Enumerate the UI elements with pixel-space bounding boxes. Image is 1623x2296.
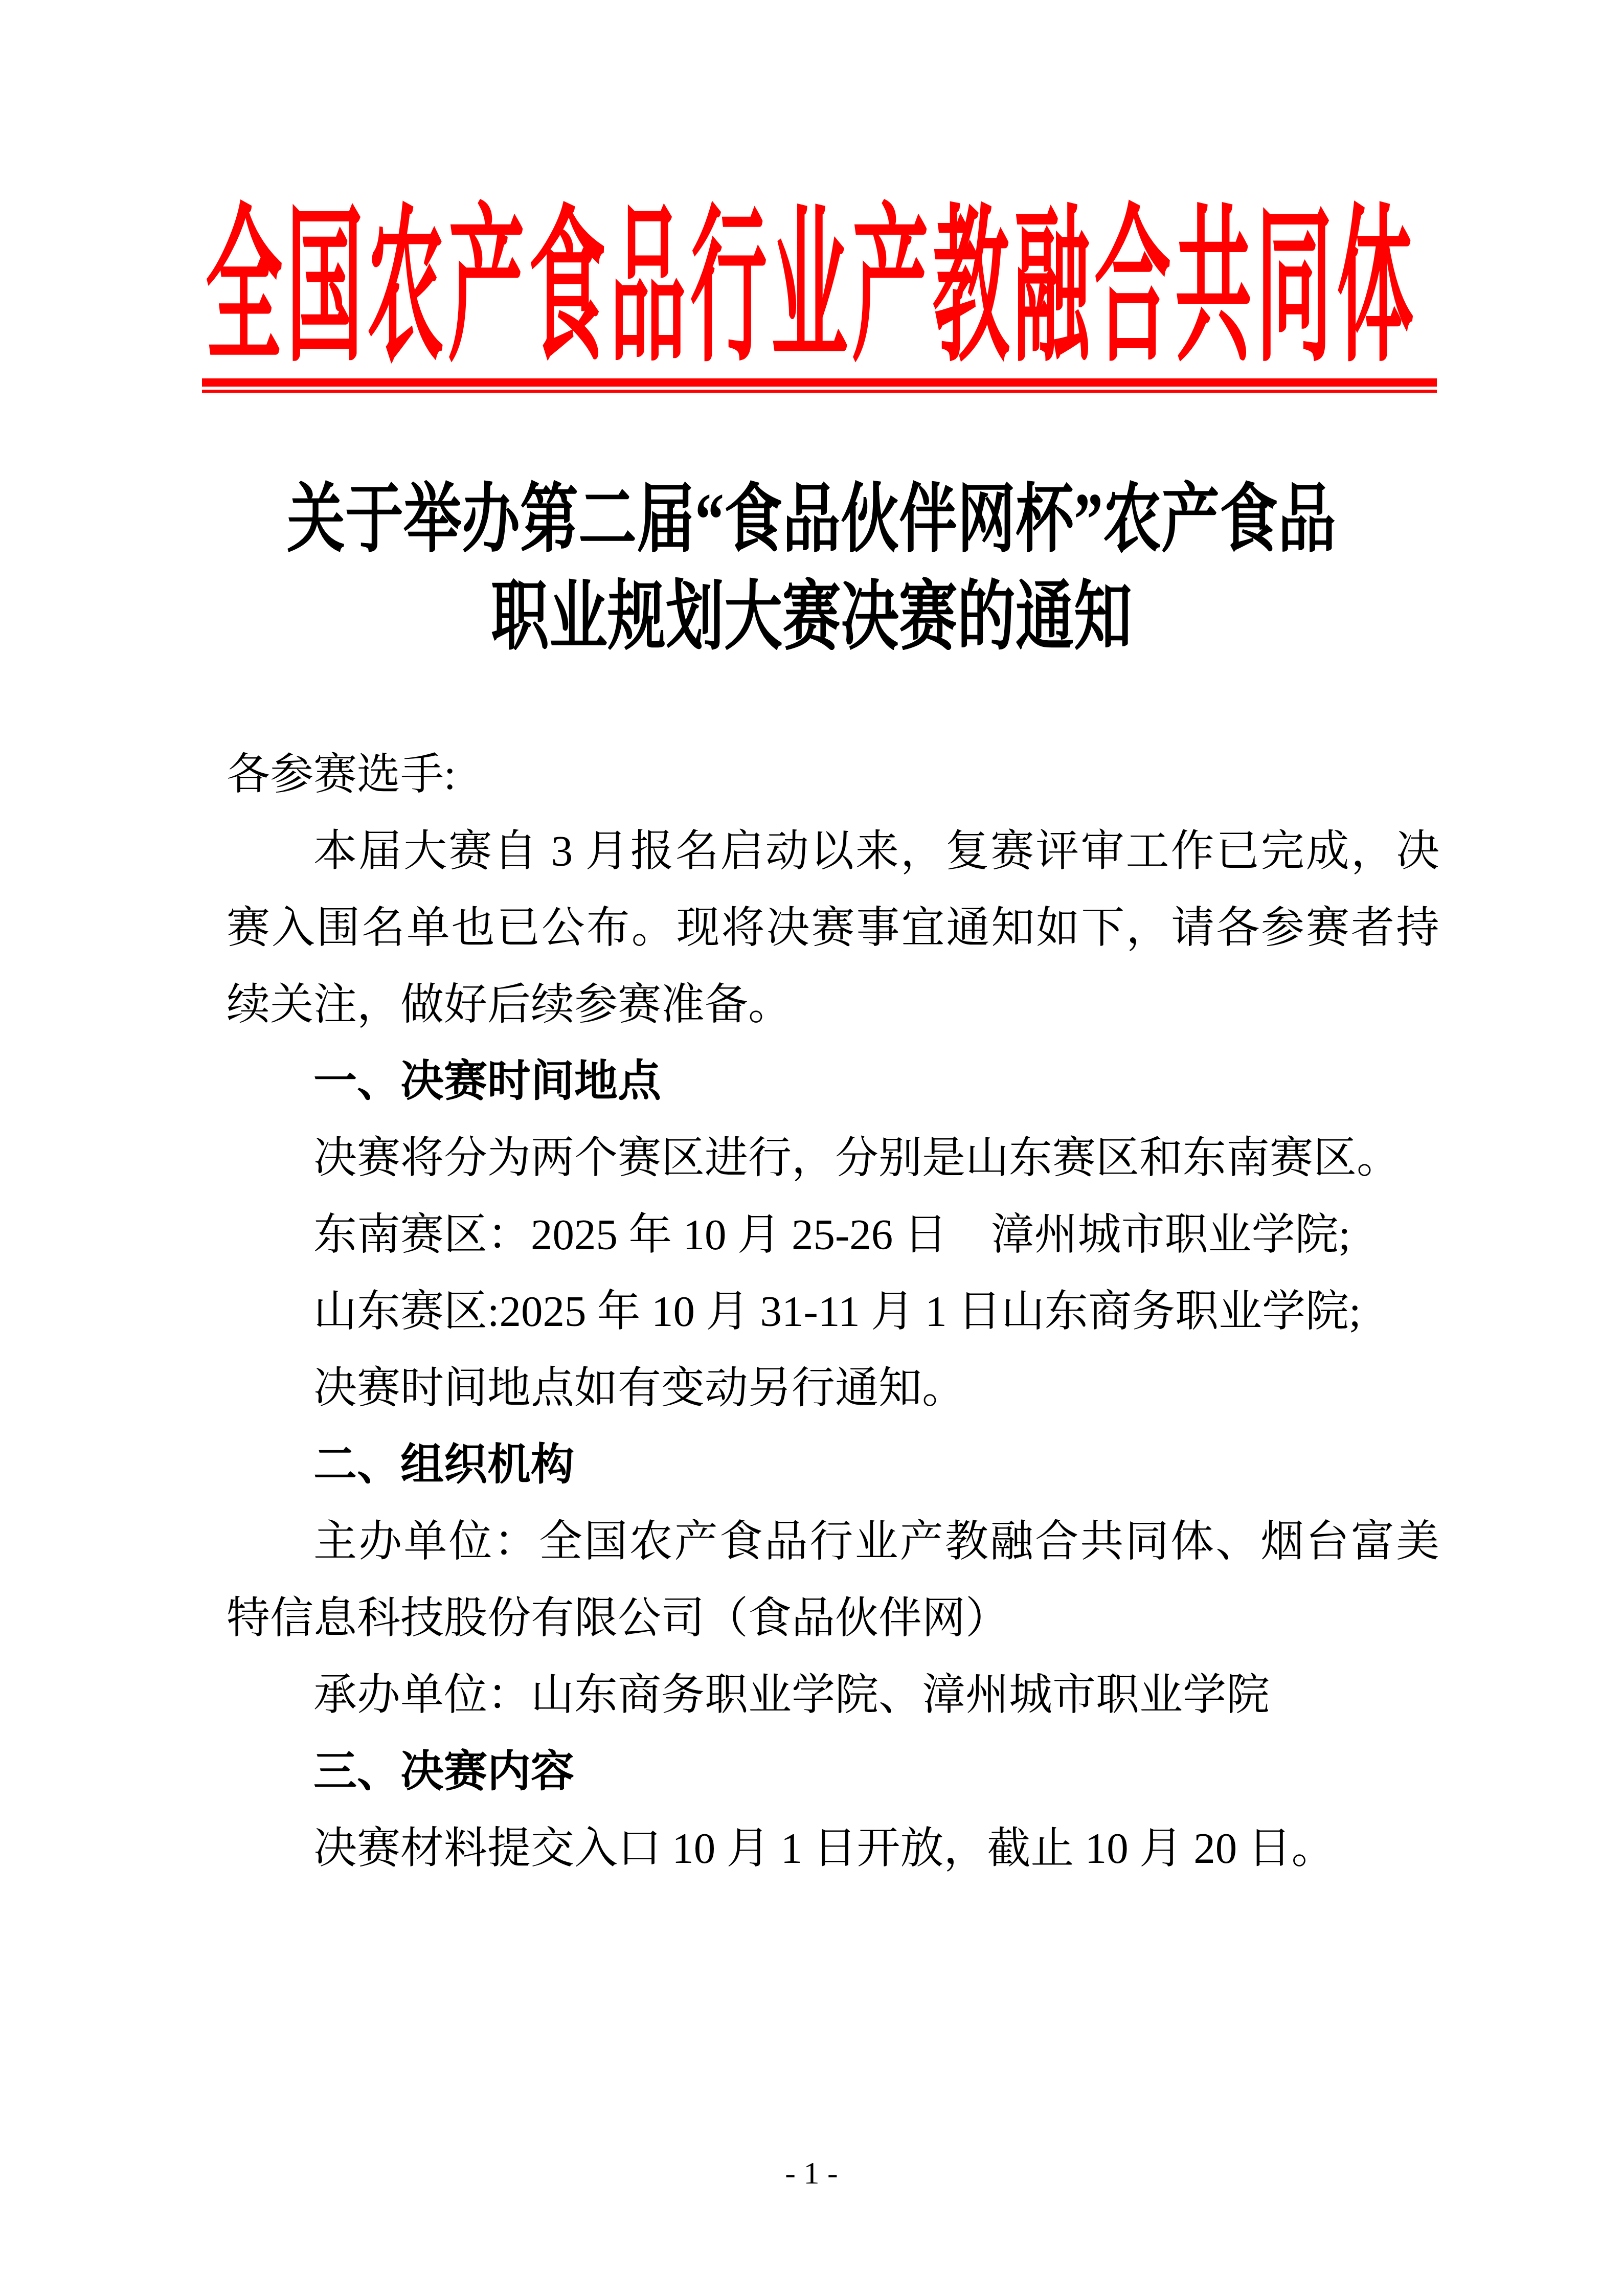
notice-title-line-2: 职业规划大赛决赛的通知 (0, 579, 1623, 655)
body-line: 本届大赛自 3 月报名启动以来，复赛评审工作已完成，决 (227, 813, 1439, 890)
red-separator-thin (202, 390, 1437, 393)
notice-body: 各参赛选手: 本届大赛自 3 月报名启动以来，复赛评审工作已完成，决 赛入围名单… (227, 736, 1439, 1887)
body-line: 特信息科技股份有限公司（食品伙伴网） (227, 1580, 1439, 1657)
letterhead-title: 全国农产食品行业产教融合共同体 (0, 205, 1623, 373)
body-line: 山东赛区:2025 年 10 月 31-11 月 1 日山东商务职业学院; (227, 1273, 1439, 1350)
page-number: - 1 - (0, 2155, 1623, 2191)
notice-document-page: 全国农产食品行业产教融合共同体 关于举办第二届“食品伙伴网杯”农产食品 职业规划… (0, 0, 1623, 2296)
body-line: 续关注，做好后续参赛准备。 (227, 966, 1439, 1043)
body-line: 承办单位：山东商务职业学院、漳州城市职业学院 (227, 1657, 1439, 1734)
section-heading-2: 二、组织机构 (227, 1427, 1439, 1503)
body-line: 决赛材料提交入口 10 月 1 日开放，截止 10 月 20 日。 (227, 1810, 1439, 1887)
body-line: 东南赛区：2025 年 10 月 25-26 日 漳州城市职业学院; (227, 1197, 1439, 1273)
body-line: 决赛时间地点如有变动另行通知。 (227, 1350, 1439, 1427)
salutation: 各参赛选手: (227, 736, 1439, 813)
red-separator-thick (202, 378, 1437, 387)
body-line: 决赛将分为两个赛区进行，分别是山东赛区和东南赛区。 (227, 1120, 1439, 1197)
section-heading-1: 一、决赛时间地点 (227, 1043, 1439, 1120)
section-heading-3: 三、决赛内容 (227, 1734, 1439, 1810)
body-line: 主办单位：全国农产食品行业产教融合共同体、烟台富美 (227, 1503, 1439, 1580)
body-line: 赛入围名单也已公布。现将决赛事宜通知如下，请各参赛者持 (227, 890, 1439, 966)
notice-title-line-1: 关于举办第二届“食品伙伴网杯”农产食品 (0, 482, 1623, 557)
